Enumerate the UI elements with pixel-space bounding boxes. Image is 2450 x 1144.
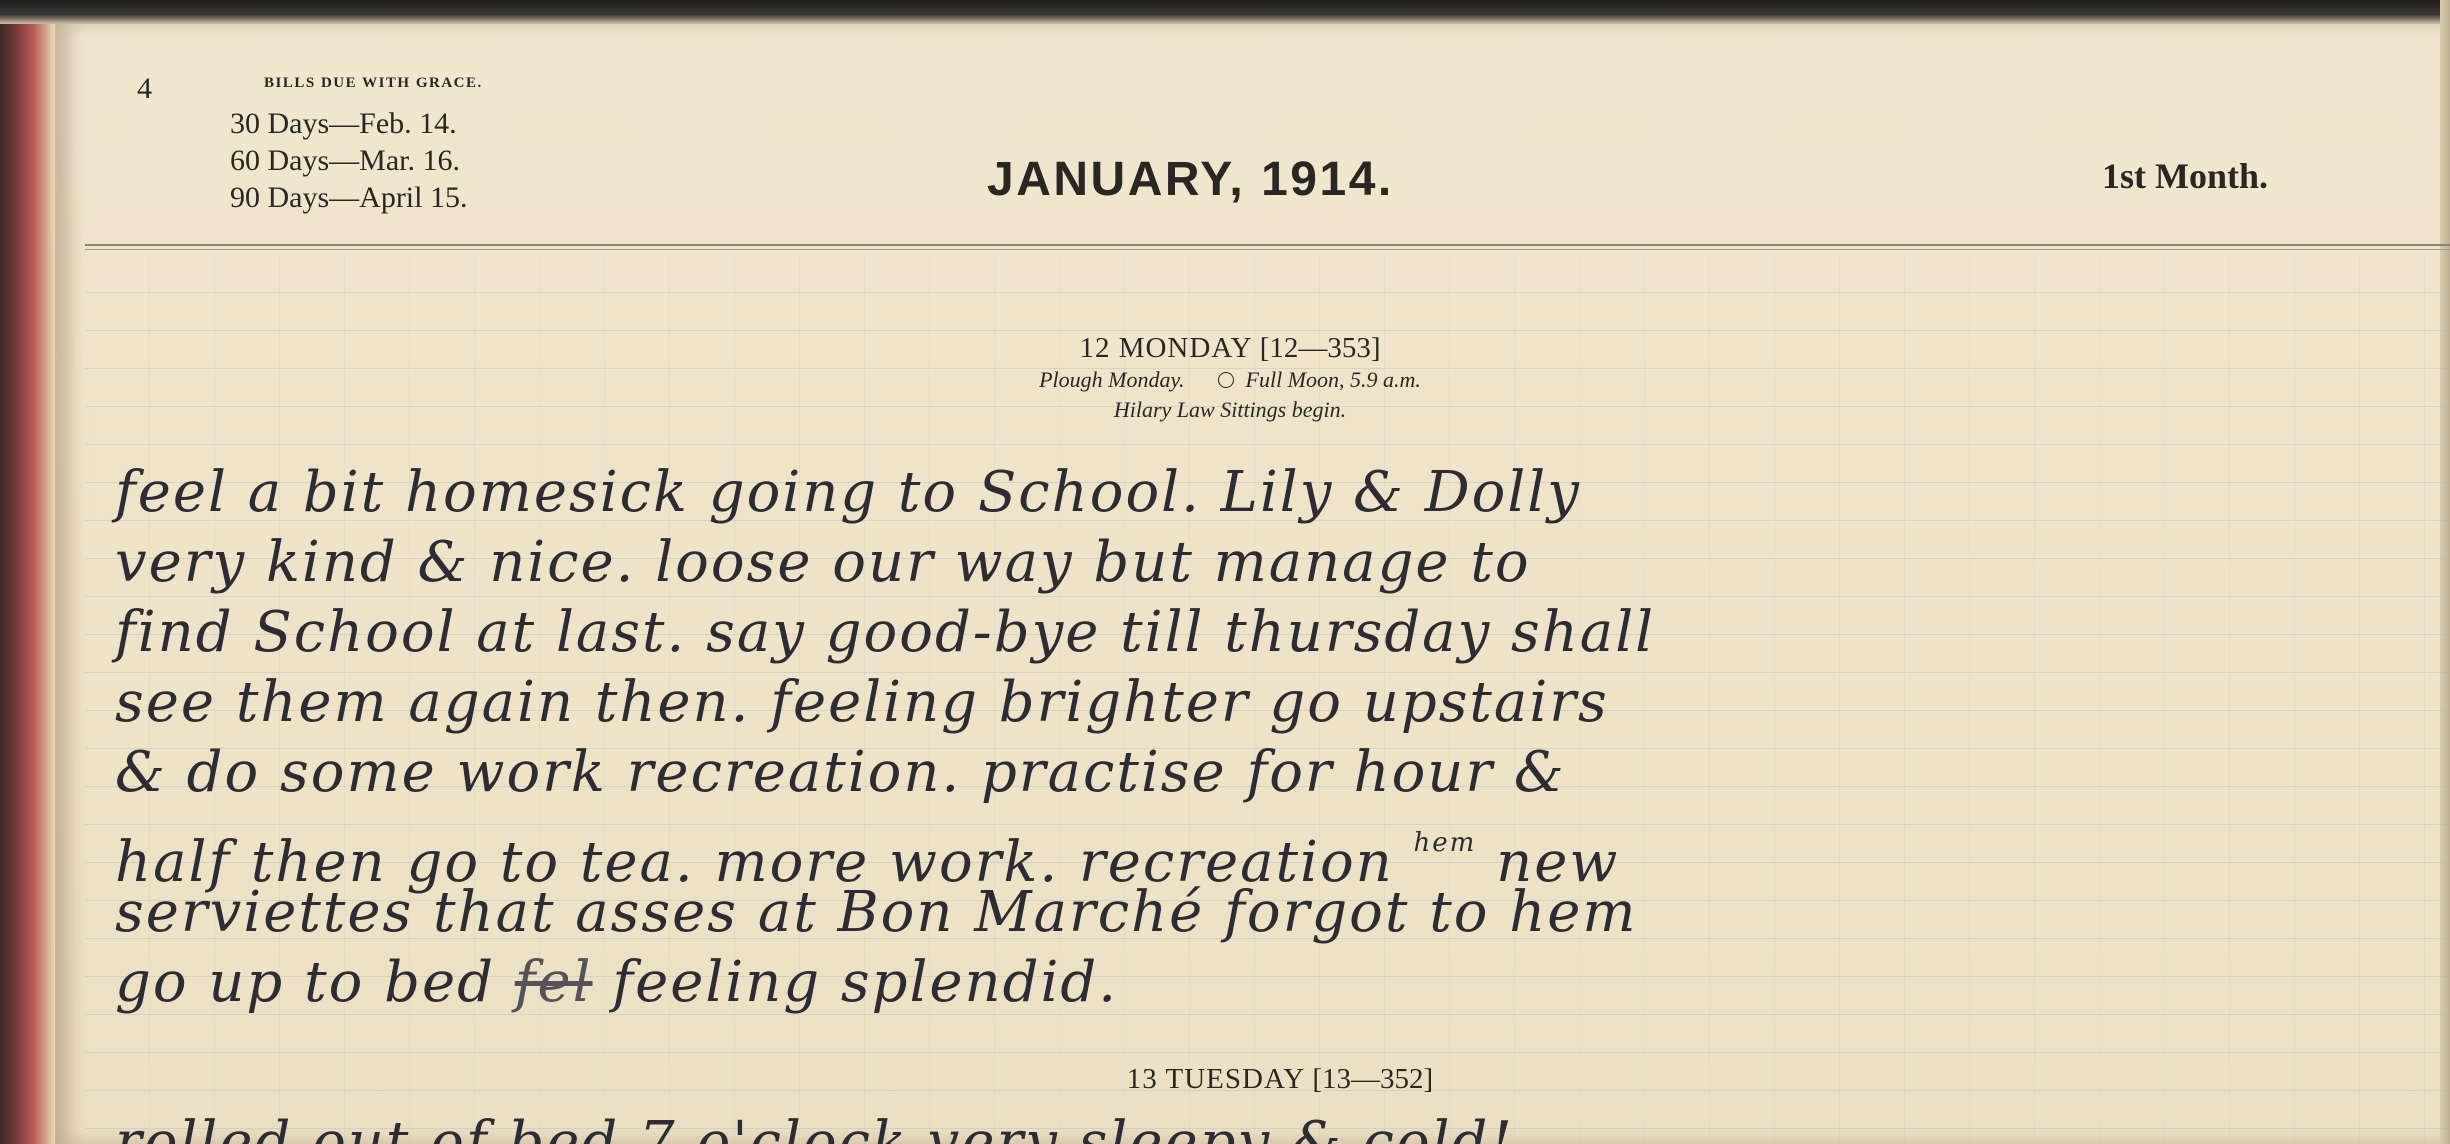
handwritten-text: feeling splendid. bbox=[612, 950, 1118, 1015]
bills-due-item: 30 Days—Feb. 14. bbox=[230, 105, 467, 142]
handwritten-line: serviettes that asses at Bon Marché forg… bbox=[115, 878, 2415, 948]
handwritten-line: feel a bit homesick going to School. Lil… bbox=[115, 458, 2415, 528]
handwritten-insertion: hem bbox=[1414, 828, 1477, 858]
day-note: Hilary Law Sittings begin. bbox=[910, 395, 1550, 425]
day-title: 13 TUESDAY bbox=[1127, 1063, 1304, 1095]
day-heading-monday: 12 MONDAY [12—353] Plough Monday. Full M… bbox=[910, 332, 1550, 425]
day-heading-tuesday: 13 TUESDAY [13—352] bbox=[1030, 1063, 1530, 1096]
book-spine bbox=[0, 0, 55, 1144]
day-counter: [13—352] bbox=[1312, 1063, 1433, 1095]
bills-due-item: 90 Days—April 15. bbox=[230, 179, 467, 216]
day-note: Plough Monday. bbox=[1039, 367, 1184, 392]
page-number: 4 bbox=[137, 72, 152, 106]
month-number: 1st Month. bbox=[2102, 155, 2268, 197]
handwritten-line: half then go to tea. more work. recreati… bbox=[115, 808, 2415, 878]
handwritten-text: go up to bed bbox=[115, 950, 495, 1015]
bills-due-title: BILLS DUE WITH GRACE. bbox=[264, 75, 483, 92]
header-divider bbox=[85, 244, 2450, 250]
handwritten-line: find School at last. say good-bye till t… bbox=[115, 598, 2415, 668]
day-title: 12 MONDAY bbox=[1079, 332, 1251, 364]
day-counter: [12—353] bbox=[1260, 332, 1381, 364]
handwritten-entry-tuesday-partial: rolled out of bed 7 o'clock very sleepy … bbox=[115, 1108, 2415, 1144]
full-moon-icon bbox=[1218, 372, 1234, 388]
day-note-moon: Full Moon, 5.9 a.m. bbox=[1246, 367, 1421, 392]
handwritten-line: go up to bed fel feeling splendid. bbox=[115, 948, 2415, 1018]
handwritten-entry-monday: feel a bit homesick going to School. Lil… bbox=[115, 458, 2415, 1018]
handwritten-line: & do some work recreation. practise for … bbox=[115, 738, 2415, 808]
struck-out-text: fel bbox=[515, 950, 593, 1015]
bills-due-item: 60 Days—Mar. 16. bbox=[230, 142, 467, 179]
month-title: JANUARY, 1914. bbox=[987, 152, 1394, 207]
page-top-edge bbox=[0, 0, 2450, 24]
handwritten-line: very kind & nice. loose our way but mana… bbox=[115, 528, 2415, 598]
bills-due-list: 30 Days—Feb. 14. 60 Days—Mar. 16. 90 Day… bbox=[230, 105, 467, 216]
handwritten-line: see them again then. feeling brighter go… bbox=[115, 668, 2415, 738]
